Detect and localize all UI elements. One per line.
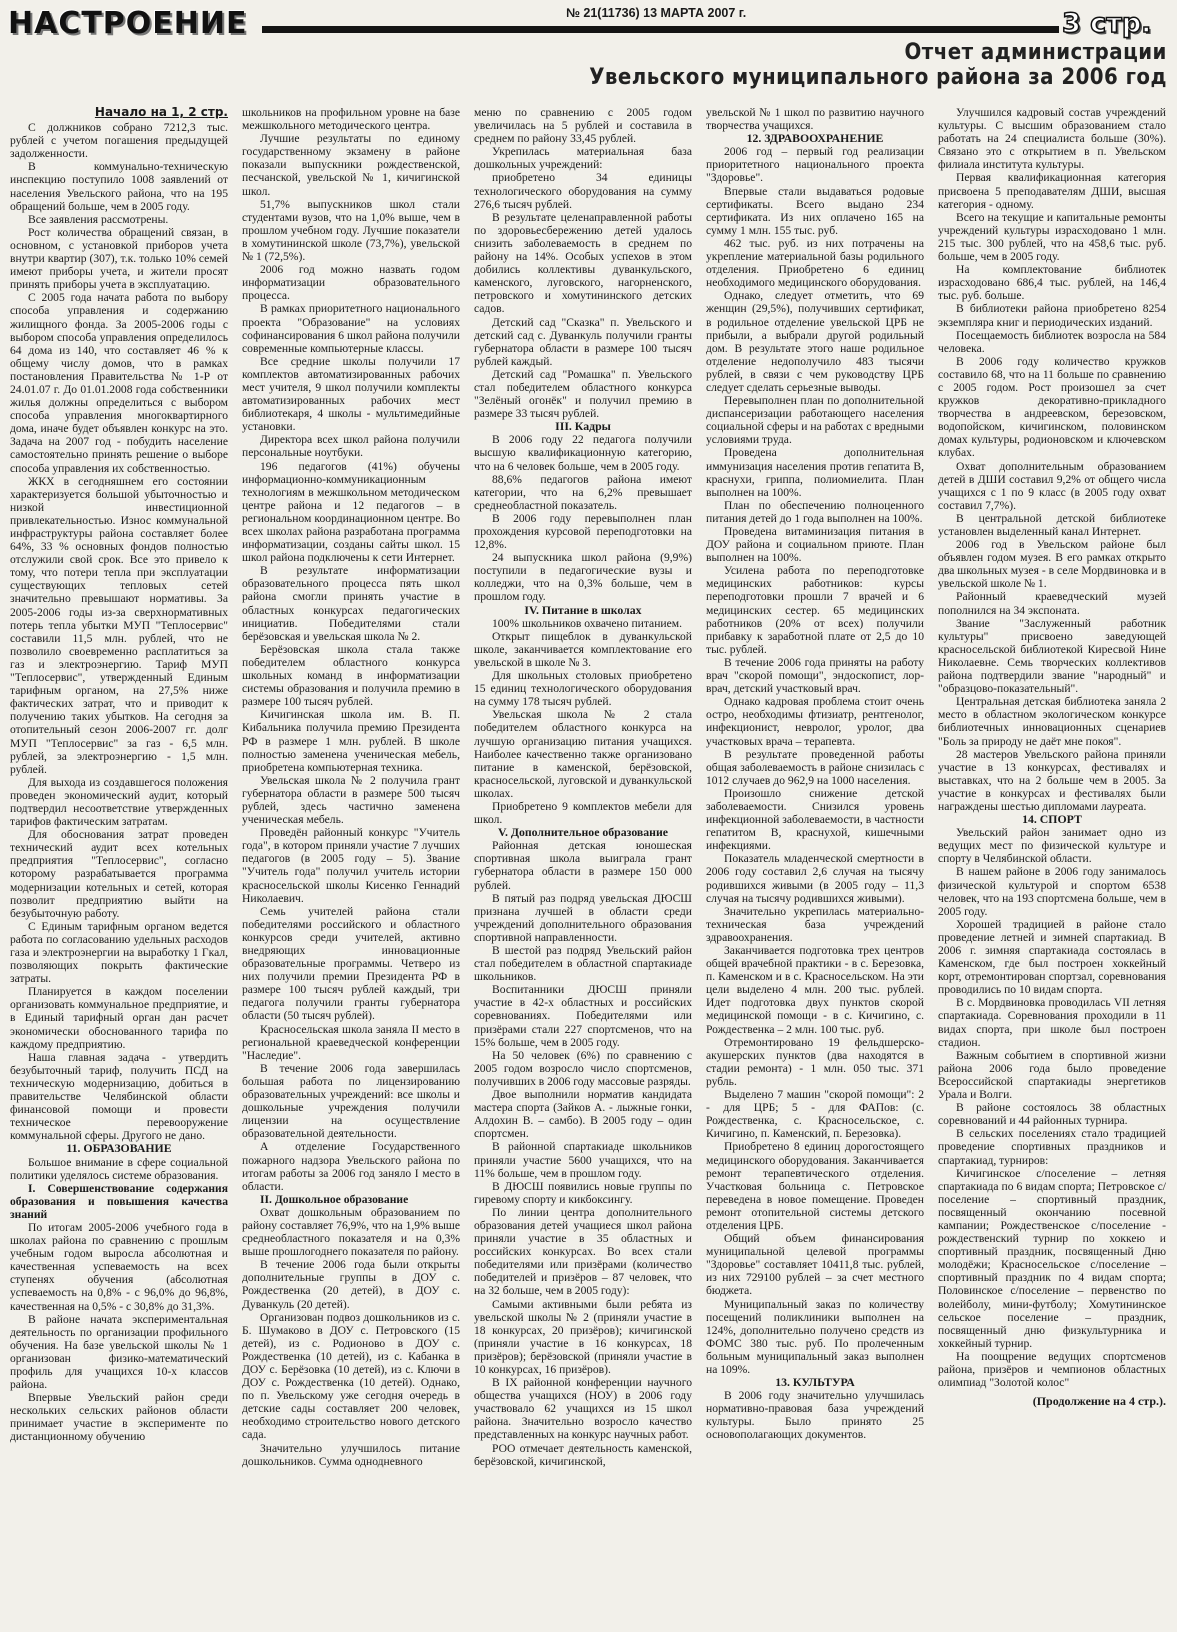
continued-from-label: Начало на 1, 2 стр.: [10, 106, 228, 119]
paragraph: Проведена дополнительная иммунизация нас…: [706, 446, 924, 498]
paragraph: Важным событием в спортивной жизни район…: [938, 1049, 1166, 1101]
column-4: увельской № 1 школ по развитию научного …: [706, 106, 924, 1626]
paragraph: Значительно улучшилось питание дошкольни…: [242, 1442, 460, 1468]
column-1: Начало на 1, 2 стр. С должников собрано …: [10, 106, 228, 1626]
paragraph: Наша главная задача - утвердить безубыто…: [10, 1051, 228, 1143]
paragraph: школьников на профильном уровне на базе …: [242, 106, 460, 132]
paragraph: В ДЮСШ появились новые группы по гиревом…: [474, 1180, 692, 1206]
paragraph: С 2005 года начата работа по выбору спос…: [10, 291, 228, 474]
paragraph: На 50 человек (6%) по сравнению с 2005 г…: [474, 1049, 692, 1088]
paragraph: По линии центра дополнительного образова…: [474, 1206, 692, 1298]
paragraph: Общий объем финансирования муниципальной…: [706, 1232, 924, 1297]
masthead: НАСТРОЕНИЕ № 21(11736) 13 МАРТА 2007 г. …: [0, 0, 1177, 100]
paragraph: Семь учителей района стали победителями …: [242, 905, 460, 1023]
paragraph: Открыт пищеблок в дуванкульской школе, з…: [474, 630, 692, 669]
paragraph: Кичигинская школа им. В. П. Кибальника п…: [242, 708, 460, 773]
paragraph: Районная детская юношеская спортивная шк…: [474, 839, 692, 891]
headline: Отчет администрации Увельского муниципал…: [589, 40, 1167, 90]
paragraph: 462 тыс. руб. из них потрачены на укрепл…: [706, 237, 924, 289]
paragraph: 196 педагогов (41%) обучены информационн…: [242, 460, 460, 565]
paragraph: Звание "Заслуженный работник культуры" п…: [938, 617, 1166, 696]
paragraph: В районной спартакиаде школьников принял…: [474, 1140, 692, 1179]
paragraph: Усилена работа по переподготовке медицин…: [706, 564, 924, 656]
paragraph: ЖКХ в сегодняшнем его состоянии характер…: [10, 475, 228, 776]
paragraph: Двое выполнили норматив кандидата мастер…: [474, 1088, 692, 1140]
paragraph: В результате проведенной работы общая за…: [706, 748, 924, 787]
section-heading-health: 12. ЗДРАВООХРАНЕНИЕ: [706, 132, 924, 145]
page-number: 3 стр.: [1062, 8, 1151, 39]
headline-line-2: Увельского муниципального района за 2006…: [589, 65, 1167, 90]
paragraph: Хорошей традицией в районе стало проведе…: [938, 918, 1166, 997]
paragraph: Заканчивается подготовка трех центров об…: [706, 944, 924, 1036]
paragraph: В центральной детской библиотеке установ…: [938, 512, 1166, 538]
paragraph: Проведена витаминизация питания в ДОУ ра…: [706, 525, 924, 564]
paragraph: Для выхода из создавшегося положения про…: [10, 776, 228, 828]
paragraph: Увельский район занимает одно из ведущих…: [938, 826, 1166, 865]
paragraph: Самыми активными были ребята из увельско…: [474, 1298, 692, 1377]
paragraph: Произошло снижение детской заболеваемост…: [706, 787, 924, 852]
paragraph: Большое внимание в сфере социальной поли…: [10, 1156, 228, 1182]
paragraph: Однако, следует отметить, что 69 женщин …: [706, 289, 924, 394]
paragraph: В течение 2006 года завершилась большая …: [242, 1062, 460, 1141]
paragraph: В 2006 году 22 педагога получили высшую …: [474, 433, 692, 472]
paragraph: В сельских поселениях стало традицией пр…: [938, 1127, 1166, 1166]
paragraph: Однако кадровая проблема стоит очень ост…: [706, 695, 924, 747]
paragraph: Значительно укрепилась материально-техни…: [706, 905, 924, 944]
paragraph: В 2006 году значительно улучшилась норма…: [706, 1389, 924, 1441]
paragraph: В 2006 году перевыполнен план прохождени…: [474, 512, 692, 551]
paragraph: Приобретено 8 единиц дорогостоящего меди…: [706, 1140, 924, 1232]
paragraph: Охват дополнительным образованием детей …: [938, 460, 1166, 512]
section-heading-education: 11. ОБРАЗОВАНИЕ: [10, 1142, 228, 1155]
paragraph: Берёзовская школа стала также победителе…: [242, 643, 460, 708]
paragraph: приобретено 34 единицы технологического …: [474, 171, 692, 210]
paragraph: Всего на текущие и капитальные ремонты у…: [938, 211, 1166, 263]
paragraph: 24 выпускника школ района (9,9%) поступи…: [474, 551, 692, 603]
paragraph: Красносельская школа заняла II место в р…: [242, 1023, 460, 1062]
paragraph: Выделено 7 машин "скорой помощи": 2 - дл…: [706, 1088, 924, 1140]
column-2: школьников на профильном уровне на базе …: [242, 106, 460, 1626]
section-heading-school-food: IV. Питание в школах: [474, 604, 692, 617]
continued-on-label: (Продолжение на 4 стр.).: [938, 1395, 1166, 1408]
paragraph: Районный краеведческий музей пополнился …: [938, 590, 1166, 616]
paragraph: В с. Мордвиновка проводилась VII летняя …: [938, 996, 1166, 1048]
paragraph: Кичигинское с/поселение – летняя спартак…: [938, 1167, 1166, 1350]
paragraph: В библиотеки района приобретено 8254 экз…: [938, 302, 1166, 328]
paragraph: В районе начата экспериментальная деятел…: [10, 1313, 228, 1392]
paragraph: Центральная детская библиотека заняла 2 …: [938, 695, 1166, 747]
paragraph: Отремонтировано 19 фельдшерско-акушерски…: [706, 1036, 924, 1088]
paragraph: Проведён районный конкурс "Учитель года"…: [242, 826, 460, 905]
paragraph: С Единым тарифным органом ведется работа…: [10, 920, 228, 985]
paragraph: Перевыполнен план по дополнительной дисп…: [706, 394, 924, 446]
paragraph: Увельская школа № 2 получила грант губер…: [242, 774, 460, 826]
paragraph: Улучшился кадровый состав учреждений кул…: [938, 106, 1166, 171]
paragraph: План по обеспечению полноценного питания…: [706, 499, 924, 525]
paragraph: Первая квалификационная категория присво…: [938, 171, 1166, 210]
paragraph: На комплектование библиотек израсходован…: [938, 263, 1166, 302]
paragraph: Все средние школы получили 17 комплектов…: [242, 355, 460, 434]
paragraph: Впервые Увельский район среди нескольких…: [10, 1391, 228, 1443]
paragraph: Укрепилась материальная база дошкольных …: [474, 145, 692, 171]
paragraph: По итогам 2005-2006 учебного года в школ…: [10, 1221, 228, 1313]
paragraph: Рост количества обращений связан, в осно…: [10, 226, 228, 291]
paragraph: Посещаемость библиотек возросла на 584 ч…: [938, 329, 1166, 355]
paragraph: В результате целенаправленной работы по …: [474, 211, 692, 316]
paragraph: В рамках приоритетного национального про…: [242, 302, 460, 354]
paragraph: Планируется в каждом поселении организов…: [10, 985, 228, 1050]
subheading: I. Совершенствование содержания образова…: [10, 1182, 228, 1221]
paragraph: Показатель младенческой смертности в 200…: [706, 852, 924, 904]
paragraph: Охват дошкольным образованием по району …: [242, 1206, 460, 1258]
column-3: меню по сравнению с 2005 годом увеличила…: [474, 106, 692, 1626]
paragraph: 100% школьников охвачено питанием.: [474, 617, 692, 630]
paragraph: В шестой раз подряд Увельский район стал…: [474, 944, 692, 983]
section-name: НАСТРОЕНИЕ: [8, 6, 248, 41]
paragraph: На поощрение ведущих спортсменов района,…: [938, 1350, 1166, 1389]
paragraph: В районе состоялось 38 областных соревно…: [938, 1101, 1166, 1127]
paragraph: 28 мастеров Увельского района приняли уч…: [938, 748, 1166, 813]
section-heading-extra-education: V. Дополнительное образование: [474, 826, 692, 839]
header-rule: [262, 26, 1059, 33]
paragraph: В 2006 году количество кружков составило…: [938, 355, 1166, 460]
paragraph: Приобретено 9 комплектов мебели для школ…: [474, 800, 692, 826]
paragraph: меню по сравнению с 2005 годом увеличила…: [474, 106, 692, 145]
paragraph: 88,6% педагогов района имеют категории, …: [474, 473, 692, 512]
paragraph: Директора всех школ района получили перс…: [242, 433, 460, 459]
paragraph: Все заявления рассмотрены.: [10, 213, 228, 226]
paragraph: 2006 год – первый год реализации приорит…: [706, 145, 924, 184]
paragraph: 2006 год в Увельском районе был объявлен…: [938, 538, 1166, 590]
paragraph: В IX районной конференции научного общес…: [474, 1376, 692, 1441]
paragraph: В нашем районе в 2006 году занималось фи…: [938, 865, 1166, 917]
paragraph: Лучшие результаты по единому государстве…: [242, 132, 460, 197]
section-heading-sport: 14. СПОРТ: [938, 813, 1166, 826]
issue-info: № 21(11736) 13 МАРТА 2007 г.: [566, 6, 746, 20]
column-5: Улучшился кадровый состав учреждений кул…: [938, 106, 1166, 1626]
section-heading-staff: III. Кадры: [474, 420, 692, 433]
paragraph: Впервые стали выдаваться родовые сертифи…: [706, 185, 924, 237]
article-body: Начало на 1, 2 стр. С должников собрано …: [10, 106, 1170, 1626]
paragraph: В пятый раз подряд увельская ДЮСШ призна…: [474, 892, 692, 944]
paragraph: Организован подвоз дошкольников из с. Б.…: [242, 1311, 460, 1442]
paragraph: Для обоснования затрат проведен техничес…: [10, 828, 228, 920]
paragraph: В результате информатизации образователь…: [242, 564, 460, 643]
paragraph: В течение 2006 года приняты на работу вр…: [706, 656, 924, 695]
paragraph: РОО отмечает деятельность каменской, бер…: [474, 1442, 692, 1468]
paragraph: увельской № 1 школ по развитию научного …: [706, 106, 924, 132]
paragraph: Муниципальный заказ по количеству посеще…: [706, 1298, 924, 1377]
headline-line-1: Отчет администрации: [589, 40, 1167, 65]
paragraph: Увельская школа № 2 стала победителем об…: [474, 708, 692, 800]
paragraph: Детский сад "Ромашка" п. Увельского стал…: [474, 368, 692, 420]
paragraph: А отделение Государственного пожарного н…: [242, 1140, 460, 1192]
paragraph: С должников собрано 7212,3 тыс. рублей с…: [10, 121, 228, 160]
section-heading-culture: 13. КУЛЬТУРА: [706, 1376, 924, 1389]
paragraph: 51,7% выпускников школ стали студентами …: [242, 198, 460, 263]
paragraph: В течение 2006 года были открыты дополни…: [242, 1258, 460, 1310]
paragraph: Воспитанники ДЮСШ приняли участие в 42-х…: [474, 983, 692, 1048]
paragraph: В коммунально-техническую инспекцию пост…: [10, 160, 228, 212]
paragraph: Детский сад "Сказка" п. Увельского и дет…: [474, 316, 692, 368]
paragraph: 2006 год можно назвать годом информатиза…: [242, 263, 460, 302]
subheading-preschool: II. Дошкольное образование: [242, 1193, 460, 1206]
paragraph: Для школьных столовых приобретено 15 еди…: [474, 669, 692, 708]
